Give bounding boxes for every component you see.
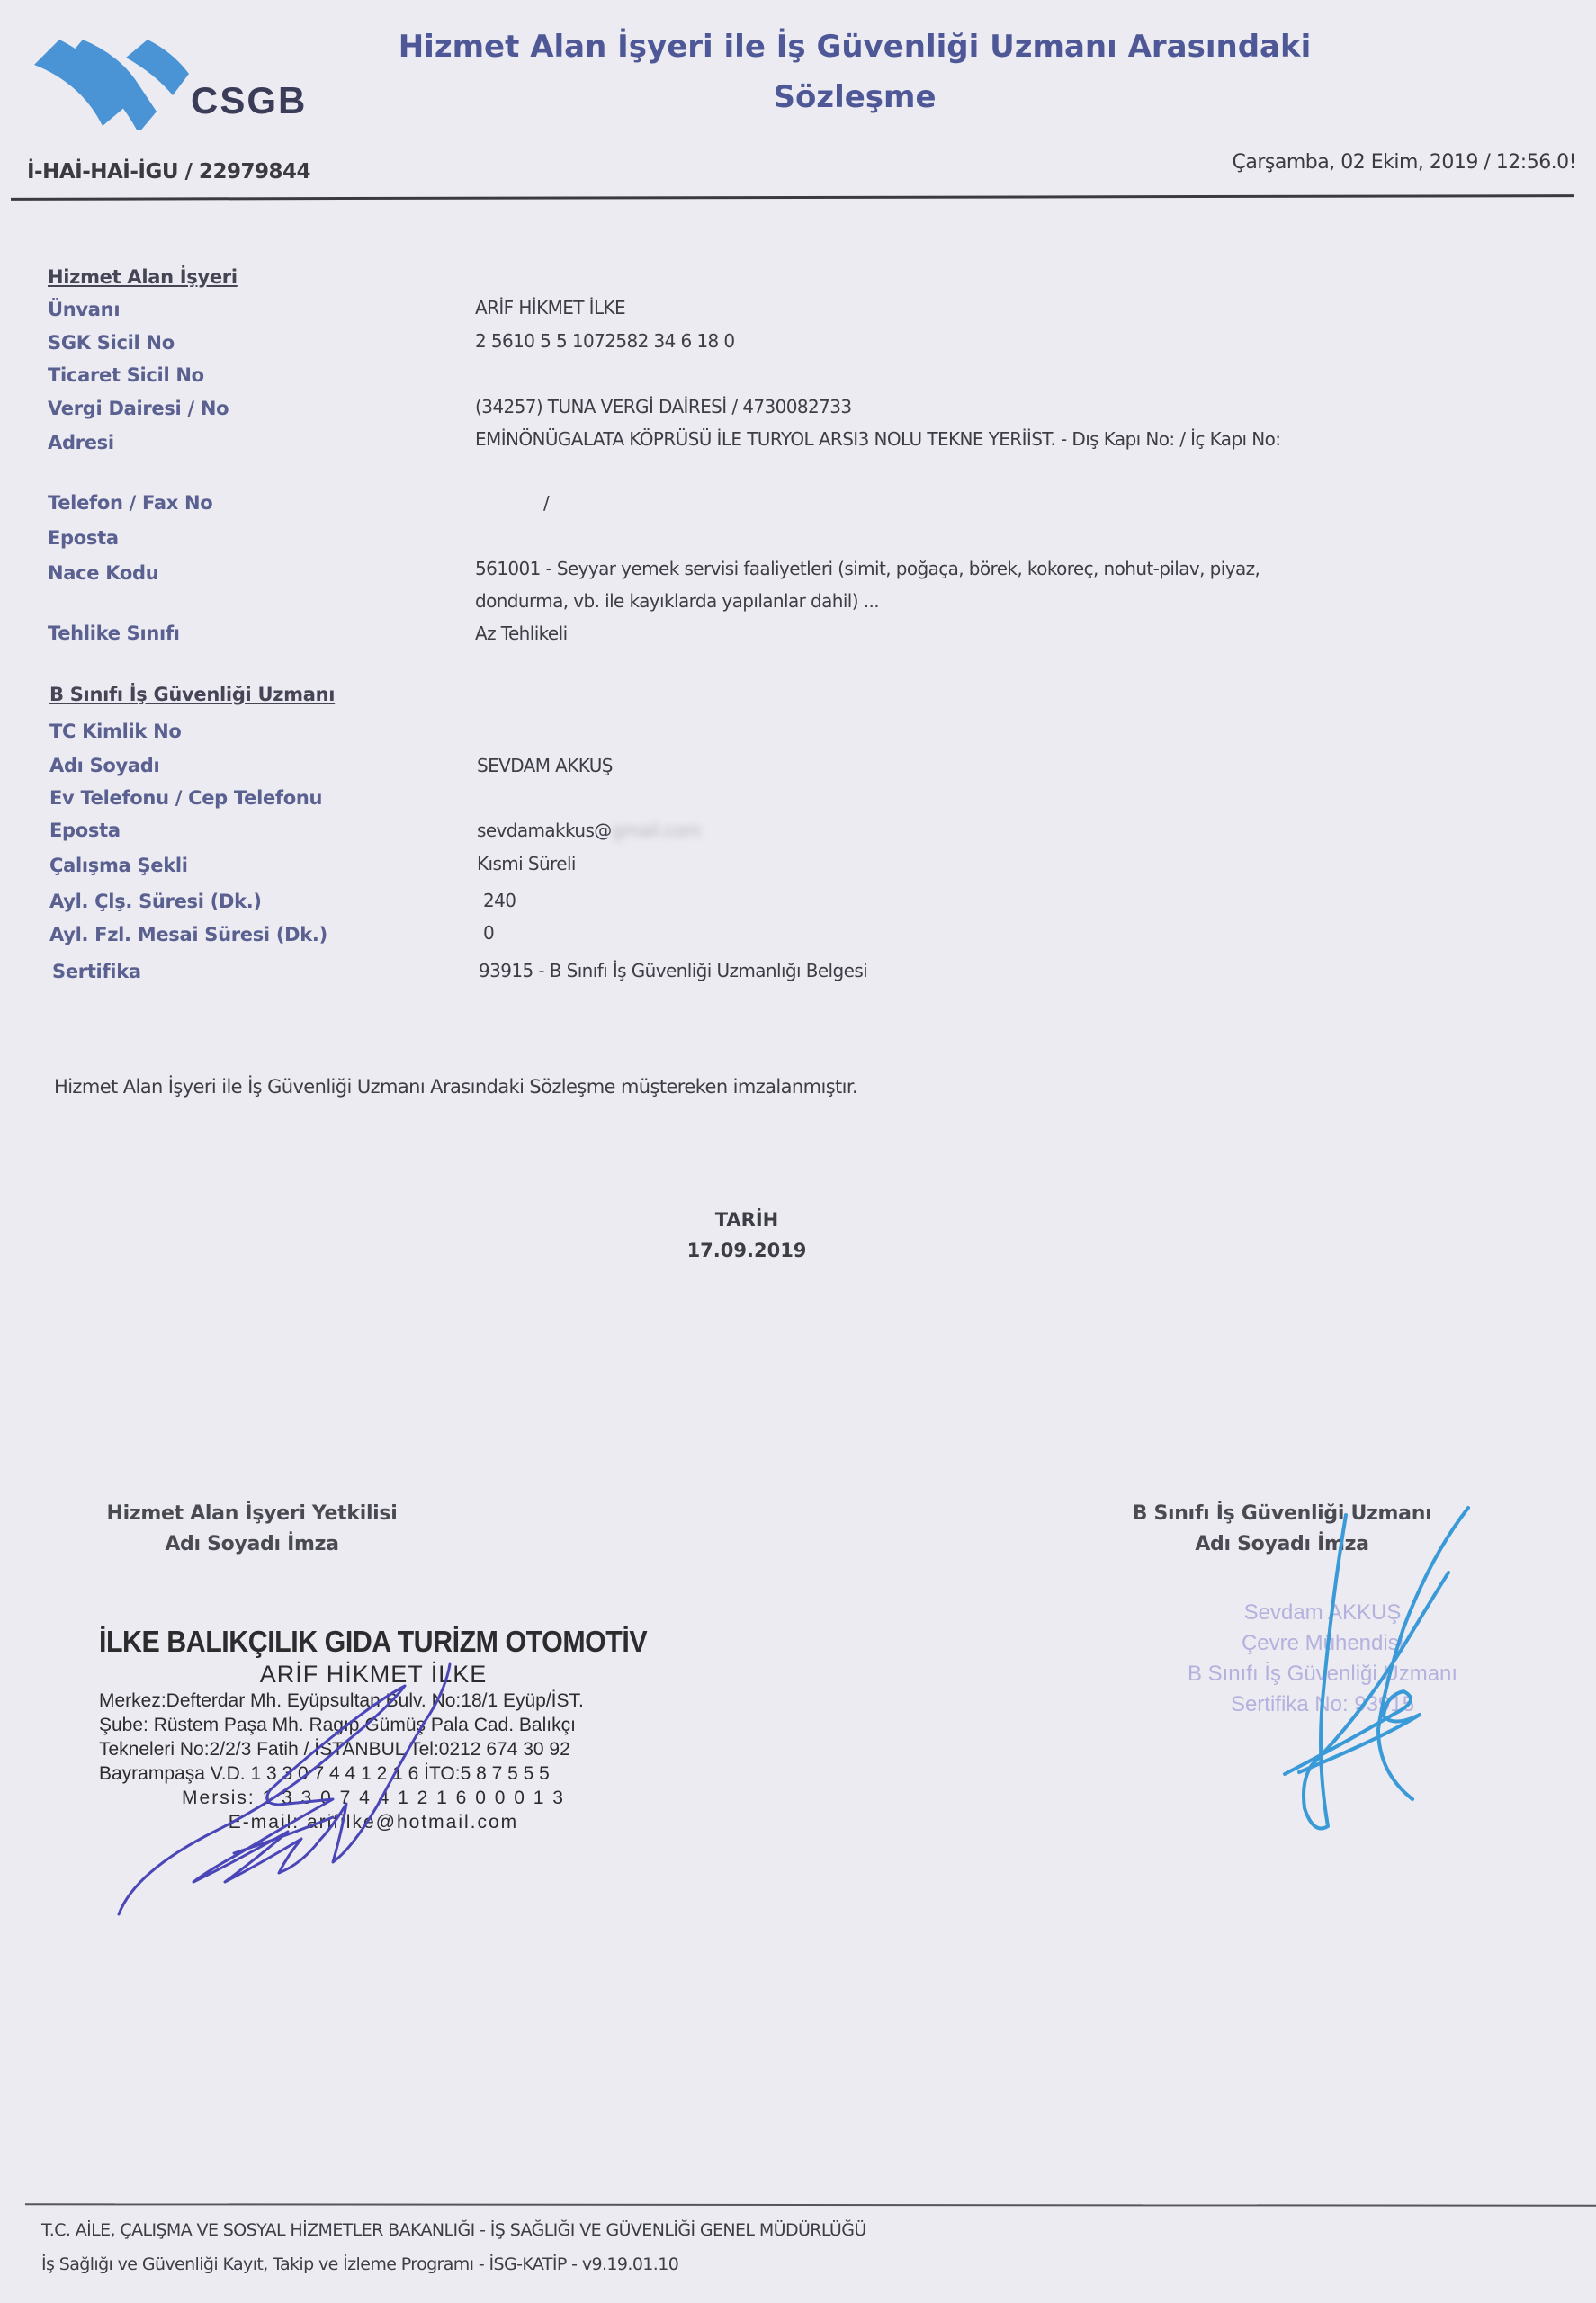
field-label-tc-id: TC Kimlik No <box>49 721 181 742</box>
field-label-sgk: SGK Sicil No <box>48 332 175 354</box>
date-value: 17.09.2019 <box>648 1240 846 1261</box>
field-label-email: Eposta <box>48 527 119 549</box>
logo-text: CSGB <box>191 79 307 122</box>
field-value-certificate: 93915 - B Sınıfı İş Güvenliği Uzmanlığı … <box>479 954 867 987</box>
signature-title-employer-line2: Adı Soyadı İmza <box>99 1529 405 1560</box>
email-visible-part: sevdamakkus@ <box>477 820 612 841</box>
employer-signature-icon <box>108 1646 558 1925</box>
field-value-title: ARİF HİKMET İLKE <box>475 291 625 324</box>
field-label-hazard-class: Tehlike Sınıfı <box>48 623 180 644</box>
expert-signature-icon <box>1260 1493 1493 1835</box>
document-title-line2: Sözleşme <box>396 72 1314 122</box>
email-redacted-part: gmail.com <box>612 820 701 841</box>
date-label: TARİH <box>648 1209 846 1231</box>
signature-title-employer-line1: Hizmet Alan İşyeri Yetkilisi <box>99 1499 405 1529</box>
field-label-tax-office: Vergi Dairesi / No <box>48 398 229 419</box>
field-label-work-type: Çalışma Şekli <box>49 855 188 876</box>
document-title-line1: Hizmet Alan İşyeri ile İş Güvenliği Uzma… <box>396 22 1314 72</box>
field-value-tax-office: (34257) TUNA VERGİ DAİRESİ / 4730082733 <box>475 390 851 423</box>
field-label-title: Ünvanı <box>48 299 120 320</box>
signature-title-employer: Hizmet Alan İşyeri Yetkilisi Adı Soyadı … <box>99 1499 405 1560</box>
field-label-name: Adı Soyadı <box>49 755 159 776</box>
field-label-certificate: Sertifika <box>52 961 141 982</box>
header-divider <box>11 194 1574 201</box>
section-title-expert: B Sınıfı İş Güvenliği Uzmanı <box>49 684 335 705</box>
field-label-monthly-minutes: Ayl. Çlş. Süresi (Dk.) <box>49 891 262 912</box>
document-title: Hizmet Alan İşyeri ile İş Güvenliği Uzma… <box>396 22 1314 122</box>
field-label-phones: Ev Telefonu / Cep Telefonu <box>49 787 322 809</box>
field-value-name: SEVDAM AKKUŞ <box>477 749 613 782</box>
field-value-monthly-minutes: 240 <box>483 884 516 917</box>
footer-divider <box>25 2203 1596 2207</box>
field-value-expert-email: sevdamakkus@gmail.com <box>477 814 701 847</box>
field-value-hazard-class: Az Tehlikeli <box>475 617 568 650</box>
footer-program: İş Sağlığı ve Güvenliği Kayıt, Takip ve … <box>41 2254 678 2274</box>
field-label-address: Adresi <box>48 432 114 453</box>
field-value-address: EMİNÖNÜGALATA KÖPRÜSÜ İLE TURYOL ARSI3 N… <box>475 423 1321 455</box>
section-title-workplace: Hizmet Alan İşyeri <box>48 266 238 288</box>
field-label-trade-registry: Ticaret Sicil No <box>48 364 204 386</box>
document-id: İ-HAİ-HAİ-İGU / 22979844 <box>27 160 310 184</box>
field-value-phone-fax: / <box>543 487 549 519</box>
field-label-nace: Nace Kodu <box>48 562 158 584</box>
closing-statement: Hizmet Alan İşyeri ile İş Güvenliği Uzma… <box>54 1076 857 1098</box>
field-label-overtime-minutes: Ayl. Fzl. Mesai Süresi (Dk.) <box>49 924 327 945</box>
field-value-work-type: Kısmi Süreli <box>477 847 576 880</box>
field-label-expert-email: Eposta <box>49 820 121 841</box>
field-value-sgk: 2 5610 5 5 1072582 34 6 18 0 <box>475 325 735 357</box>
footer-ministry: T.C. AİLE, ÇALIŞMA VE SOSYAL HİZMETLER B… <box>41 2220 866 2240</box>
field-value-nace: 561001 - Seyyar yemek servisi faaliyetle… <box>475 552 1339 617</box>
field-label-phone-fax: Telefon / Fax No <box>48 492 212 514</box>
document-datetime: Çarşamba, 02 Ekim, 2019 / 12:56.0! <box>1233 151 1576 174</box>
field-value-overtime-minutes: 0 <box>483 917 494 949</box>
